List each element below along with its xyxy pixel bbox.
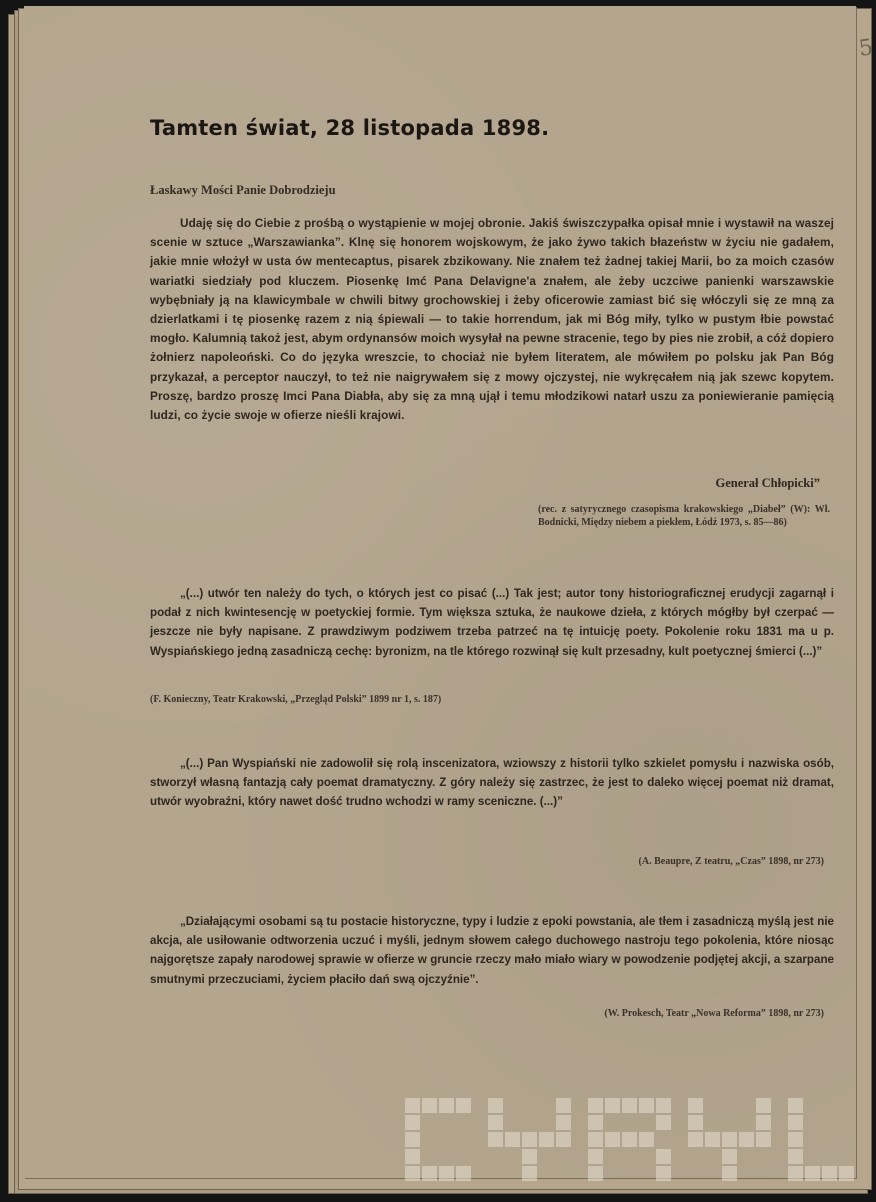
watermark-letter-r [588, 1098, 671, 1181]
document-page: 5 Tamten świat, 28 listopada 1898. Łaska… [24, 6, 856, 1178]
watermark-letter-l [788, 1098, 854, 1181]
review-citation-3: (W. Prokesch, Teatr „Nowa Reforma” 1898,… [604, 1008, 824, 1019]
page-number-pencil-mark: 5 [857, 35, 874, 62]
review-quote-1: „(...) utwór ten należy do tych, o który… [150, 584, 834, 661]
letter-salutation: Łaskawy Mości Panie Dobrodzieju [150, 183, 336, 198]
review-quote-2: „(...) Pan Wyspiański nie zadowolił się … [150, 754, 834, 812]
letter-source-note: (rec. z satyrycznego czasopisma krakowsk… [538, 503, 830, 529]
page-title: Tamten świat, 28 listopada 1898. [150, 116, 549, 140]
cyryl-watermark-logo [405, 1098, 854, 1181]
letter-body: Udaję się do Ciebie z prośbą o wystąpien… [150, 214, 834, 425]
review-quote-3: „Działającymi osobami są tu postacie his… [150, 912, 834, 989]
watermark-letter-c [405, 1098, 471, 1181]
review-citation-2: (A. Beaupre, Z teatru, „Czas” 1898, nr 2… [639, 856, 824, 867]
watermark-letter-y [488, 1098, 571, 1181]
review-citation-1: (F. Konieczny, Teatr Krakowski, „Przeglą… [150, 694, 441, 705]
watermark-letter-y [688, 1098, 771, 1181]
letter-signature: Generał Chłopicki” [715, 476, 820, 491]
